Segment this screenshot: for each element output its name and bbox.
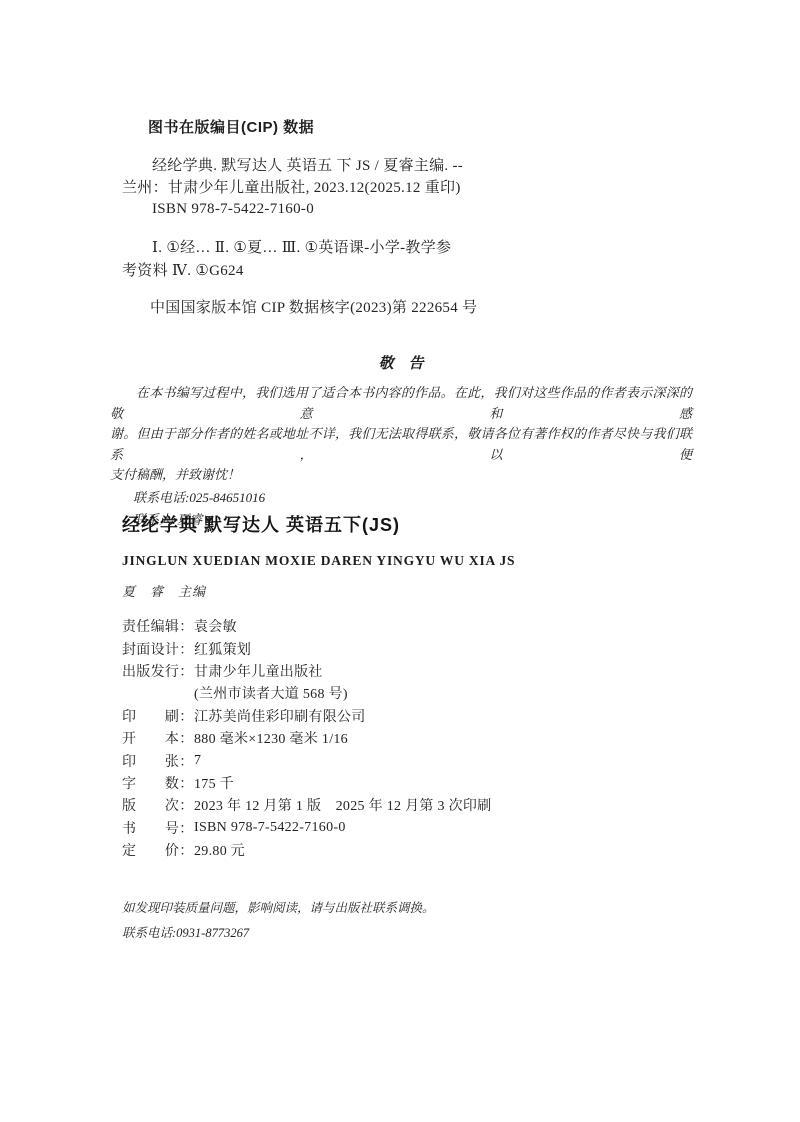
colophon-list: 责任编辑： 袁会敏 封面设计： 红狐策划 出版发行： 甘肃少年儿童出版社 (兰州…	[122, 615, 492, 861]
colophon-value: 甘肃少年儿童出版社	[194, 661, 323, 681]
notice-body-line: 在本书编写过程中，我们选用了适合本书内容的作品。在此，我们对这些作品的作者表示深…	[110, 383, 692, 424]
copyright-page: 图书在版编目(CIP) 数据 经纶学典. 默写达人 英语五 下 JS / 夏睿主…	[0, 0, 800, 1122]
footer-section: 如发现印装质量问题，影响阅读，请与出版社联系调换。 联系电话:0931-8773…	[122, 896, 435, 946]
cip-record-isbn: ISBN 978-7-5422-7160-0	[122, 199, 522, 221]
colophon-row-cover-design: 封面设计： 红狐策划	[122, 637, 492, 659]
colophon-label: 开 本：	[122, 728, 194, 748]
colophon-value: ISBN 978-7-5422-7160-0	[194, 820, 346, 836]
colophon-label: 出版发行：	[122, 661, 194, 681]
notice-body: 在本书编写过程中，我们选用了适合本书内容的作品。在此，我们对这些作品的作者表示深…	[110, 383, 692, 486]
colophon-value: 7	[194, 753, 201, 769]
cip-record-line: 经纶学典. 默写达人 英语五 下 JS / 夏睿主编. --	[122, 156, 522, 178]
colophon-row-word-count: 字 数： 175 千	[122, 772, 492, 794]
colophon-label: 责任编辑：	[122, 616, 194, 636]
colophon-value: 袁会敏	[194, 616, 237, 636]
colophon-label: 封面设计：	[122, 639, 194, 659]
cip-registry-number: 中国国家版本馆 CIP 数据核字(2023)第 222654 号	[150, 296, 477, 317]
colophon-value: 175 千	[194, 773, 234, 793]
colophon-value: 880 毫米×1230 毫米 1/16	[194, 728, 348, 748]
book-editor: 夏 睿 主编	[122, 581, 515, 600]
book-title: 经纶学典 默写达人 英语五下(JS)	[122, 511, 515, 537]
colophon-row-price: 定 价： 29.80 元	[122, 839, 492, 861]
notice-title: 敬 告	[110, 352, 692, 373]
colophon-value: 江苏美尚佳彩印刷有限公司	[194, 706, 366, 726]
colophon-value: 2023 年 12 月第 1 版 2025 年 12 月第 3 次印刷	[194, 795, 492, 815]
notice-phone: 联系电话:025-84651016	[133, 487, 692, 508]
notice-section: 敬 告 在本书编写过程中，我们选用了适合本书内容的作品。在此，我们对这些作品的作…	[110, 352, 692, 530]
colophon-row-sheets: 印 张： 7	[122, 749, 492, 771]
colophon-row-editor: 责任编辑： 袁会敏	[122, 615, 492, 637]
cip-classification-line: Ⅰ. ①经… Ⅱ. ①夏… Ⅲ. ①英语课-小学-教学参	[122, 237, 522, 260]
colophon-row-printer: 印 刷： 江苏美尚佳彩印刷有限公司	[122, 705, 492, 727]
book-title-block: 经纶学典 默写达人 英语五下(JS) JINGLUN XUEDIAN MOXIE…	[122, 511, 515, 600]
notice-body-line: 谢。但由于部分作者的姓名或地址不详，我们无法取得联系，敬请各位有著作权的作者尽快…	[110, 424, 692, 465]
colophon-value: (兰州市读者大道 568 号)	[194, 683, 348, 703]
colophon-row-publisher-address: (兰州市读者大道 568 号)	[122, 682, 492, 704]
cip-classification-block: Ⅰ. ①经… Ⅱ. ①夏… Ⅲ. ①英语课-小学-教学参 考资料 Ⅳ. ①G62…	[122, 237, 522, 282]
colophon-row-publisher: 出版发行： 甘肃少年儿童出版社	[122, 660, 492, 682]
colophon-label: 版 次：	[122, 795, 194, 815]
colophon-row-edition: 版 次： 2023 年 12 月第 1 版 2025 年 12 月第 3 次印刷	[122, 794, 492, 816]
footer-phone: 联系电话:0931-8773267	[122, 921, 435, 946]
colophon-label: 书 号：	[122, 818, 194, 838]
notice-body-line: 支付稿酬，并致谢忱！	[110, 465, 692, 486]
colophon-label: 印 刷：	[122, 706, 194, 726]
quality-note: 如发现印装质量问题，影响阅读，请与出版社联系调换。	[122, 896, 435, 921]
colophon-label: 字 数：	[122, 773, 194, 793]
colophon-row-format: 开 本： 880 毫米×1230 毫米 1/16	[122, 727, 492, 749]
cip-header: 图书在版编目(CIP) 数据	[148, 116, 314, 137]
book-title-pinyin: JINGLUN XUEDIAN MOXIE DAREN YINGYU WU XI…	[122, 553, 515, 569]
cip-classification-line: 考资料 Ⅳ. ①G624	[122, 260, 522, 283]
cip-record-line: 兰州：甘肃少年儿童出版社, 2023.12(2025.12 重印)	[122, 178, 522, 200]
colophon-label: 定 价：	[122, 840, 194, 860]
colophon-value: 29.80 元	[194, 840, 245, 860]
cip-record-block: 经纶学典. 默写达人 英语五 下 JS / 夏睿主编. -- 兰州：甘肃少年儿童…	[122, 156, 522, 221]
colophon-label: 印 张：	[122, 751, 194, 771]
colophon-value: 红狐策划	[194, 639, 251, 659]
colophon-row-isbn: 书 号： ISBN 978-7-5422-7160-0	[122, 817, 492, 839]
